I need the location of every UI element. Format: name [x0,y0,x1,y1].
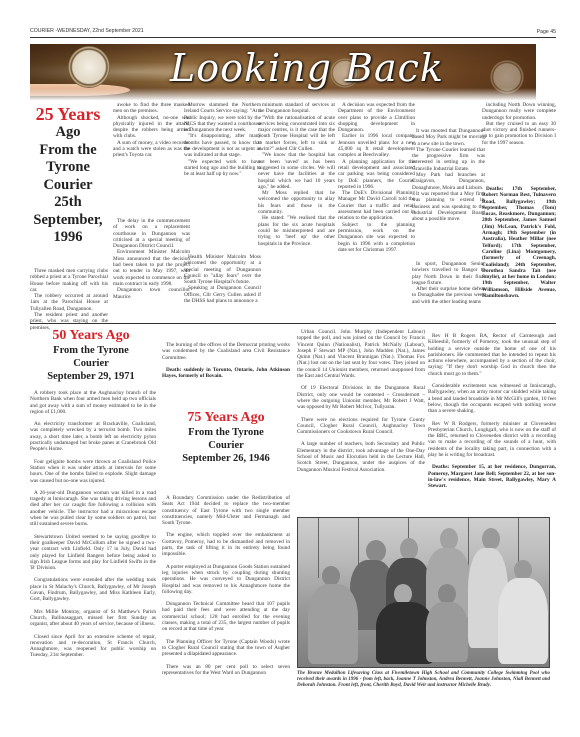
heading-50-red: 50 Years Ago [28,328,154,344]
heading-line: Tyrone [28,159,108,177]
articles-50-years: A robbery took place at the Aughnacloy b… [30,390,156,659]
paragraph: A planning application for the retail de… [338,159,415,190]
paragraph: The DoE's Divisional Planning Manager Mr… [338,190,415,221]
paragraph: minimum standard of services at the Dung… [258,102,335,115]
deaths-25-years: Deaths: 17th September, Robert Norman Be… [482,186,556,299]
paragraph: There was an 80 per cent poll to select … [162,664,290,677]
paragraph: Dungannon town councillor Maurice [113,287,190,300]
article-25-hospital: Health Minister Malcolm Moss welcomed th… [184,254,261,304]
paragraph: Urban Council. John Murphy (Independent … [297,329,425,379]
photo-detail [514,560,532,580]
paragraph: An electricity transformer at Brackavill… [30,421,156,452]
heading-line: From the [28,142,108,160]
banner-fade [30,88,536,100]
paragraph: Mr Moss replied that he welcomed the opp… [258,190,335,215]
paragraph: "With the rationalisation of acute servi… [258,115,335,153]
heading-line: September 26, 1946 [166,452,286,465]
photo-detail [438,584,456,604]
heading-line: From the Tyrone [28,344,154,357]
article-25-robbery-cont: awoke to find the three masked men on th… [113,102,190,159]
paragraph: But they cruised to an easy 30 shot vict… [482,121,556,146]
heading-50-years: 50 Years Ago From the Tyrone Courier Sep… [28,328,154,383]
paragraph: Rev W R Rodgers, formerly minister at Cl… [428,421,556,459]
paragraph: Considerable excitement was witnessed at… [428,383,556,414]
articles-75-years-col4: Rev H B Rogers BA, Rector of Carnteough … [428,333,556,490]
banner-title: Looking Back [170,46,444,90]
heading-line: 25th [28,194,108,212]
photo-detail [482,528,500,550]
paragraph: A large number of teachers, both Seconda… [297,441,425,472]
looking-back-banner: Looking Back [30,44,536,100]
photo-detail [426,602,468,662]
paragraph: Closed since April for an extensive sche… [30,634,156,659]
photo-caption: The Bronze Medallion Lifesaving Class at… [297,671,550,689]
paragraph: Environment Minister Malcolm Moss announ… [113,249,190,287]
paragraph: Three masked men carrying clubs robbed a… [30,268,108,293]
paragraph: A sum of money, a video recorder and a w… [113,140,190,159]
heading-line: From the Tyrone [166,426,286,439]
paragraph: A 26-year-old Dungannon woman was killed… [30,490,156,528]
paragraph: including North Down winning, Dungannon … [482,102,556,121]
pocket-watch-icon [68,46,110,88]
paragraph: Rev H B Rogers BA, Rector of Carnteough … [428,333,556,377]
articles-75-years-col3: Urban Council. John Murphy (Independent … [297,329,425,473]
heading-line: Courier [28,357,154,370]
photo-detail [322,566,340,586]
paragraph: Mrs Millie Montray, organist of St Matth… [30,609,156,628]
photo-detail [308,584,358,664]
paragraph: awoke to find the three masked men on th… [113,102,190,115]
paragraph: Speaking at Dungannon Council Offices, C… [184,285,261,304]
paragraph: A porter employed at Dungannon Goods Sta… [162,564,290,595]
heading-line: Courier [28,177,108,195]
heading-75-years: 75 Years Ago From the Tyrone Courier Sep… [166,410,286,465]
photo-detail [400,538,418,560]
paragraph: The Tyrone Courier learned that the prog… [412,147,485,172]
photo-detail [318,518,319,578]
heading-25-red: 25 Years [28,104,108,124]
paragraph: It was reported that a Moy firm was plan… [412,191,485,222]
deaths-notice: Deaths: September 15, at her residence, … [428,464,556,489]
page-number: Page 45 [537,29,556,35]
photo-detail [498,578,548,664]
section-divider [30,323,556,324]
heading-line: September, [28,212,108,230]
paragraph: "It's disappointing, after many months h… [184,133,261,158]
heading-75-red: 75 Years Ago [166,410,286,426]
paragraph: A Boundary Commission under the Redistri… [162,495,290,526]
paragraph: Earlier in 1996 local company Jennson un… [338,133,415,158]
paragraph: "We expected work to have started long a… [184,159,261,178]
paragraph: Congratulations were extended after the … [30,577,156,602]
photo-detail [440,528,458,550]
article-25-robbery: Three masked men carrying clubs robbed a… [30,268,108,331]
publication-date: COURIER -WEDNESDAY, 22nd September 2021 [30,28,144,34]
article-25-bowls-cont: including North Down winning, Dungannon … [482,102,556,146]
paragraph: Although shocked, no-one was physically … [113,115,190,140]
article-25-courthouse-cont: Morrow slammed the Northern Ireland Cour… [184,102,261,178]
paragraph: It was mooted that Dungannon-based Moy P… [412,128,485,147]
paragraph: The delay in the commencement of work on… [113,218,190,249]
deaths-notice: Death: suddenly in Toronto, Ontario, Joh… [162,367,290,380]
paragraph: Subject to the planning permission, work… [338,222,415,253]
paragraph: The burning of the offices of the Democr… [162,342,290,361]
paragraph: Stewartstown United seemed to be saying … [30,534,156,572]
article-25-courthouse: The delay in the commencement of work on… [113,218,190,300]
paragraph: Morrow slammed the Northern Ireland Cour… [184,102,261,133]
paragraph: Dungannon Technical Committee heard that… [162,601,290,632]
paragraph: In sport, Dungannon Senior bowlers trave… [412,261,485,286]
photo-detail [366,540,386,562]
paragraph: After their surprise home defeat to Dona… [412,286,485,305]
paragraph: The robbery occurred at around 1am at th… [30,293,108,312]
paragraph: A robbery took place at the Aughnacloy b… [30,390,156,415]
paragraph: Moy Park had branches at Craigavon, Dung… [412,172,485,191]
paragraph: Four gelignite bombs were thrown at Coal… [30,459,156,484]
heading-line: 1996 [28,229,108,247]
article-25-bowls: In sport, Dungannon Senior bowlers trave… [412,261,485,305]
paragraph: A decision was expected from the Departm… [338,102,415,133]
paragraph: There were no elections required for Tyr… [297,417,425,436]
heading-line: September 29, 1971 [28,370,154,383]
heading-25-years: 25 Years Ago From the Tyrone Courier 25t… [28,104,108,247]
paragraph: He stated: "We realised that the plans f… [258,215,335,246]
paragraph: Of 19 Electoral Divisions in the Dungann… [297,385,425,410]
paragraph: Health Minister Malcolm Moss welcomed th… [184,254,261,285]
articles-50-years-col2: The burning of the offices of the Democr… [162,342,290,379]
photo-detail [394,584,412,604]
lifesaving-class-photo [297,517,550,668]
articles-75-years: A Boundary Commission under the Redistri… [162,495,290,676]
article-25-shopping: A decision was expected from the Departm… [338,102,415,253]
paragraph: The engine, which toppled over the emban… [162,532,290,557]
article-25-moy-park: It was mooted that Dungannon-based Moy P… [412,128,485,222]
page-header: COURIER -WEDNESDAY, 22nd September 2021 … [30,26,556,38]
article-25-hospital-cont: minimum standard of services at the Dung… [258,102,335,247]
paragraph: "We know that the hospital has not been … [258,152,335,190]
heading-line: Courier [166,439,286,452]
heading-line: Ago [28,124,108,142]
paragraph: The Planning Officer for Tyrone (Captain… [162,639,290,658]
deaths-notice: Deaths: 17th September, Robert Norman Be… [482,186,556,299]
